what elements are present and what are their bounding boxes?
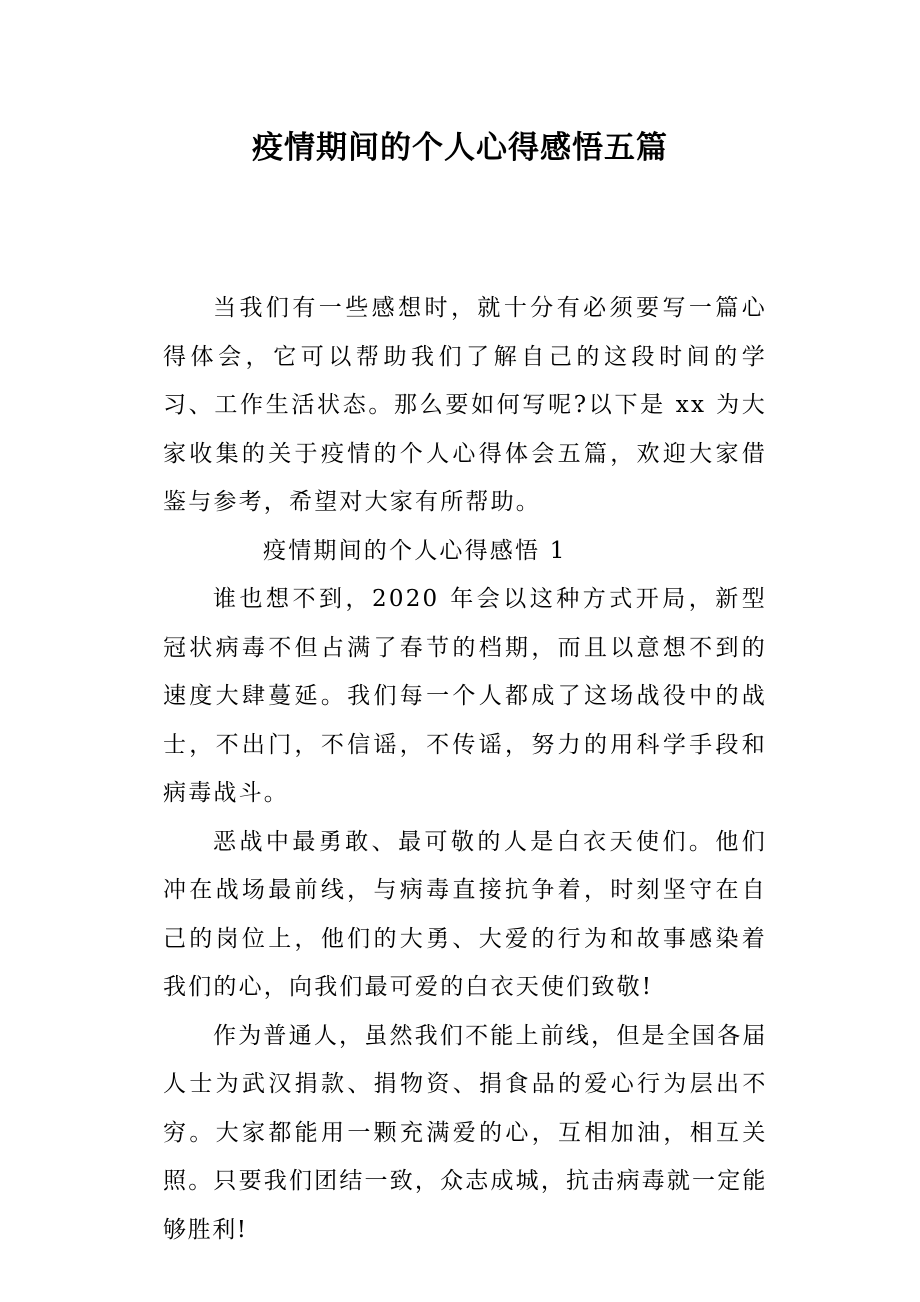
document-page: 疫情期间的个人心得感悟五篇 当我们有一些感想时，就十分有必须要写一篇心得体会，它… (0, 0, 920, 1302)
body-paragraph: 恶战中最勇敢、最可敬的人是白衣天使们。他们冲在战场最前线，与病毒直接抗争着，时刻… (163, 818, 767, 1012)
section-heading: 疫情期间的个人心得感悟 1 (163, 527, 767, 576)
document-body: 当我们有一些感想时，就十分有必须要写一篇心得体会，它可以帮助我们了解自己的这段时… (163, 284, 767, 1254)
body-paragraph: 谁也想不到，2020 年会以这种方式开局，新型冠状病毒不但占满了春节的档期，而且… (163, 575, 767, 818)
intro-paragraph: 当我们有一些感想时，就十分有必须要写一篇心得体会，它可以帮助我们了解自己的这段时… (163, 284, 767, 527)
body-paragraph: 作为普通人，虽然我们不能上前线，但是全国各届人士为武汉捐款、捐物资、捐食品的爱心… (163, 1012, 767, 1255)
document-title: 疫情期间的个人心得感悟五篇 (0, 126, 920, 170)
